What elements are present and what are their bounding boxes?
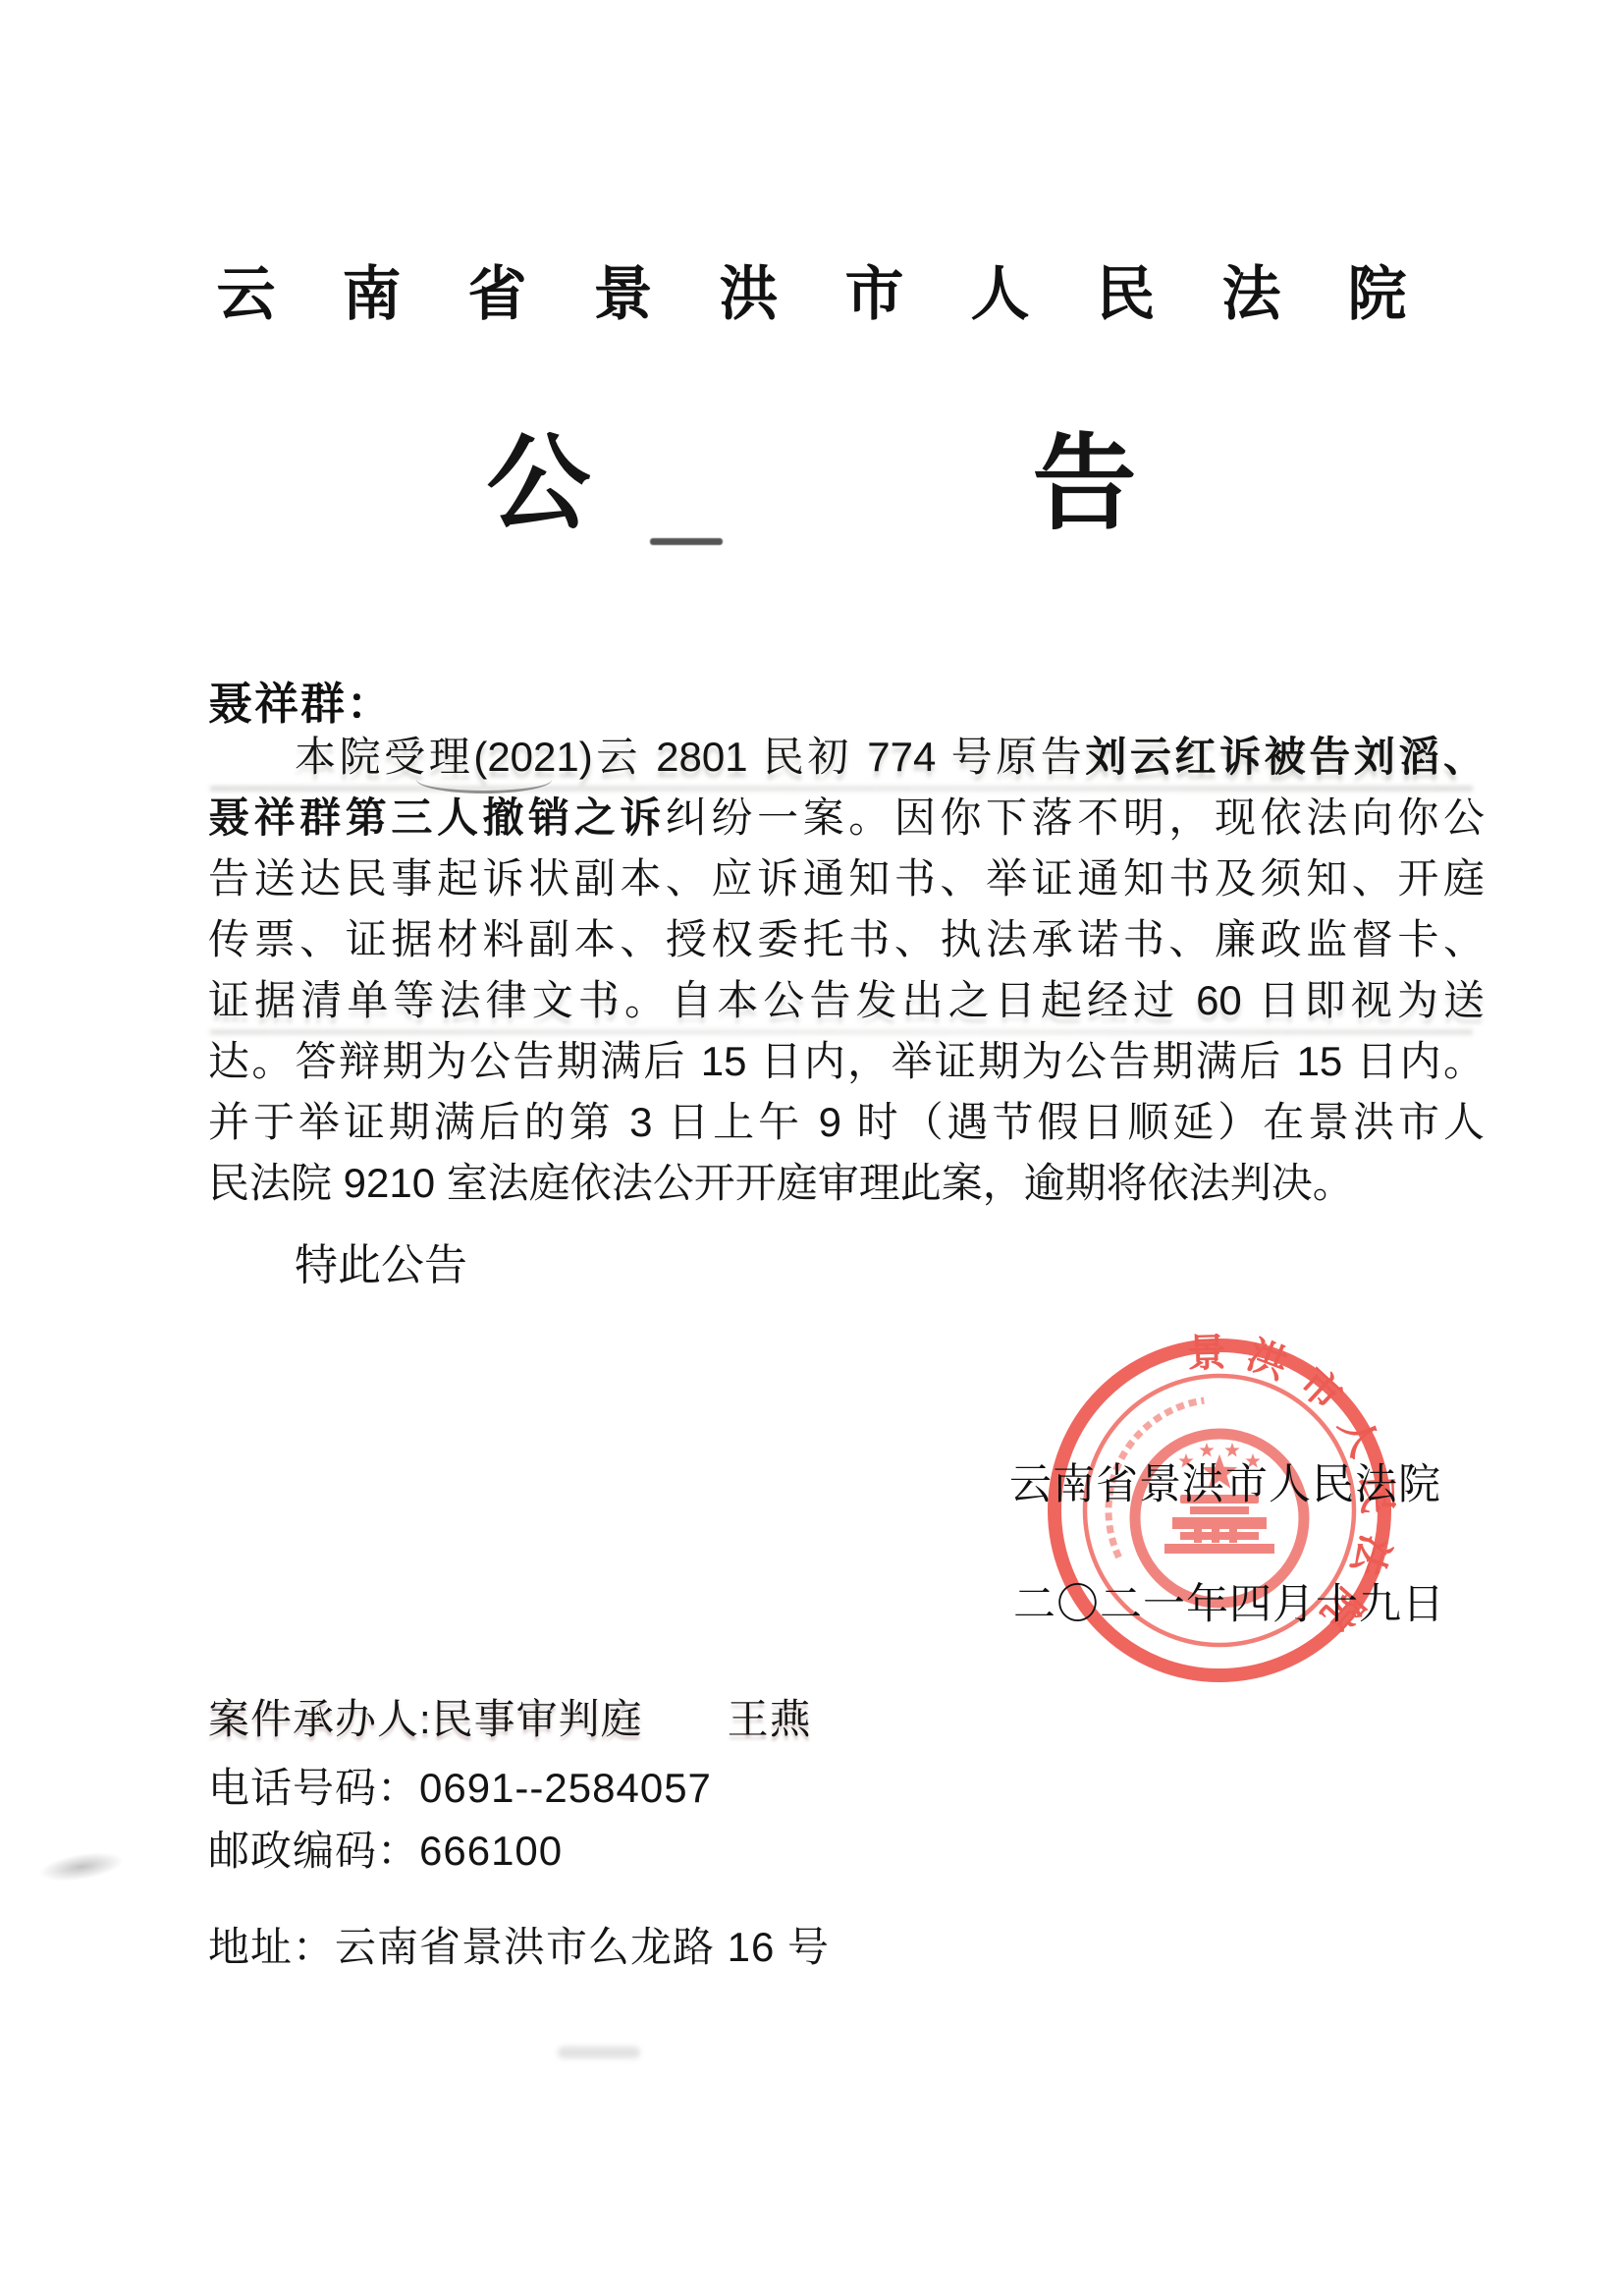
text-segment: 传票、证据材料副本、授权委托书、执法承诺书、廉政监督卡、: [208, 916, 1485, 962]
text-segment: 并于举证期满后的第 3 日上午 9 时（遇节假日顺延）在景洪市人: [208, 1099, 1485, 1145]
addressee-name: 聂祥群：: [208, 668, 393, 732]
text-segment: 纠纷一案。因你下落不明，现依法向你公: [666, 794, 1485, 841]
closing-line: 特此公告: [208, 1230, 467, 1292]
paragraph-line: 传票、证据材料副本、授权委托书、执法承诺书、廉政监督卡、: [208, 909, 1485, 970]
paragraph-line: 并于举证期满后的第 3 日上午 9 时（遇节假日顺延）在景洪市人: [208, 1092, 1485, 1153]
scan-smudge-artifact: [37, 1847, 125, 1886]
announcement-document: 云南省景洪市人民法院 公 告 聂祥群： 本院受理(2021)云 2801 民初 …: [0, 0, 1623, 2296]
signature-court-name: 云南省景洪市人民法院: [1009, 1451, 1441, 1511]
paragraph-line: 民法院 9210 室法庭依法公开开庭审理此案，逾期将依法判决。: [208, 1153, 1485, 1214]
paragraph-line: 告送达民事起诉状副本、应诉通知书、举证通知书及须知、开庭: [208, 848, 1485, 909]
postal-code-line: 邮政编码：666100: [208, 1819, 563, 1878]
document-title: 公 告: [0, 401, 1623, 550]
paragraph-line: 聂祥群第三人撤销之诉纠纷一案。因你下落不明，现依法向你公: [208, 788, 1485, 848]
text-segment: 达。答辩期为公告期满后 15 日内，举证期为公告期满后 15 日内。: [208, 1038, 1485, 1084]
text-segment: 证据清单等法律文书。自本公告发出之日起经过 60 日即视为送: [208, 977, 1485, 1023]
court-name-header: 云南省景洪市人民法院: [0, 247, 1623, 332]
text-segment: 聂祥群第三人撤销之诉: [208, 794, 666, 841]
announcement-body: 本院受理(2021)云 2801 民初 774 号原告刘云红诉被告刘滔、聂祥群第…: [208, 727, 1485, 1214]
paragraph-line: 本院受理(2021)云 2801 民初 774 号原告刘云红诉被告刘滔、: [208, 727, 1485, 788]
paragraph-line: 达。答辩期为公告期满后 15 日内，举证期为公告期满后 15 日内。: [208, 1031, 1485, 1092]
address-line: 地址：云南省景洪市么龙路 16 号: [208, 1915, 830, 1974]
phone-number-line: 电话号码：0691--2584057: [208, 1756, 712, 1815]
case-handler-line: 案件承办人:民事审判庭 王燕: [208, 1687, 812, 1746]
text-segment: 本院受理(2021)云 2801 民初 774 号原告: [295, 734, 1085, 780]
text-segment: 告送达民事起诉状副本、应诉通知书、举证通知书及须知、开庭: [208, 855, 1485, 902]
text-segment: 刘云红诉被告刘滔、: [1085, 734, 1485, 780]
signature-date: 二〇二一年四月十九日: [1013, 1571, 1445, 1631]
paragraph-line: 证据清单等法律文书。自本公告发出之日起经过 60 日即视为送: [208, 970, 1485, 1031]
scan-smudge-artifact: [558, 2047, 640, 2058]
text-segment: 民法院 9210 室法庭依法公开开庭审理此案，逾期将依法判决。: [208, 1160, 1354, 1206]
